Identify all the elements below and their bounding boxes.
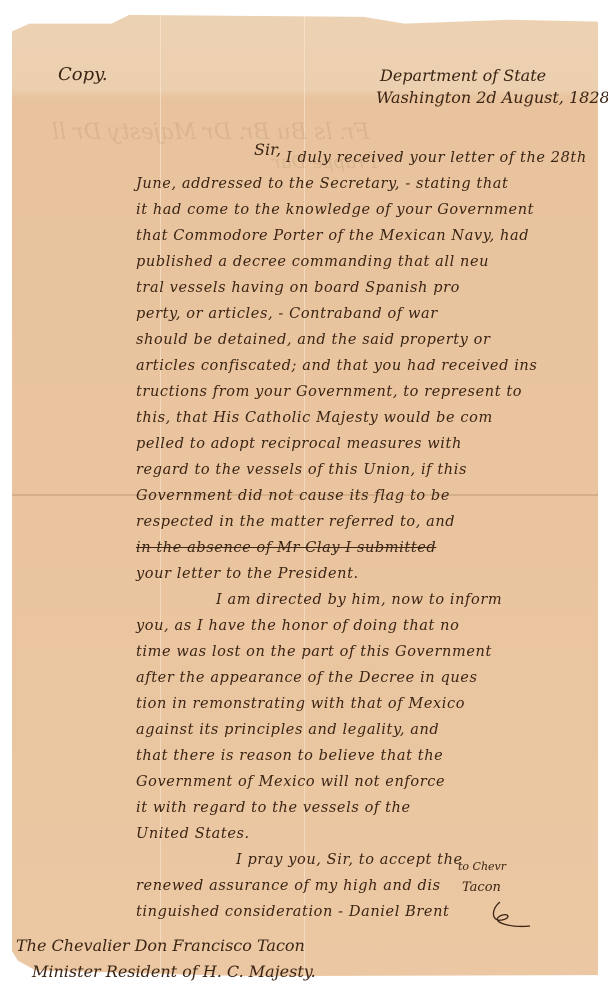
bleed-through-text: Fr. ls Bu Br. Dr Majesty Dr ll [52,120,370,145]
place-date: Washington 2d August, 1828 [376,88,608,107]
body-line: June, addressed to the Secretary, - stat… [136,176,508,192]
body-line: tral vessels having on board Spanish pro [136,280,460,296]
body-line: Government of Mexico will not enforce [136,774,445,790]
closing-name: Tacon [462,880,501,895]
department-heading: Department of State [380,66,546,85]
body-line: I am directed by him, now to inform [216,592,502,608]
body-line: that there is reason to believe that the [136,748,443,764]
body-line: tructions from your Government, to repre… [136,384,522,400]
body-line: perty, or articles, - Contraband of war [136,306,438,322]
body-line: you, as I have the honor of doing that n… [136,618,459,634]
body-line: regard to the vessels of this Union, if … [136,462,467,478]
body-line: after the appearance of the Decree in qu… [136,670,478,686]
closing-note: to Chevr [458,860,506,873]
body-line: renewed assurance of my high and dis [136,878,441,894]
signature-flourish-icon [480,900,540,930]
salutation: Sir, [254,140,281,159]
body-line: published a decree commanding that all n… [136,254,489,270]
body-line: your letter to the President. [136,566,359,582]
body-line: pelled to adopt reciprocal measures with [136,436,462,452]
body-line: Government did not cause its flag to be [136,488,450,504]
body-line: United States. [136,826,250,842]
copy-label: Copy. [58,64,108,85]
body-line: time was lost on the part of this Govern… [136,644,492,660]
body-line: against its principles and legality, and [136,722,439,738]
body-line: that Commodore Porter of the Mexican Nav… [136,228,529,244]
body-line: it had come to the knowledge of your Gov… [136,202,534,218]
body-line: tinguished consideration - Daniel Brent [136,904,449,920]
body-line: I pray you, Sir, to accept the [236,852,463,868]
addressee-title: Minister Resident of H. C. Majesty. [32,962,316,981]
body-line-struck: in the absence of Mr Clay I submitted [136,540,436,556]
body-line: tion in remonstrating with that of Mexic… [136,696,465,712]
addressee-name: The Chevalier Don Francisco Tacon [16,936,305,955]
body-line: this, that His Catholic Majesty would be… [136,410,493,426]
body-line: respected in the matter referred to, and [136,514,455,530]
body-line: should be detained, and the said propert… [136,332,491,348]
body-line: it with regard to the vessels of the [136,800,411,816]
body-line: I duly received your letter of the 28th [286,150,587,166]
body-line: articles confiscated; and that you had r… [136,358,537,374]
